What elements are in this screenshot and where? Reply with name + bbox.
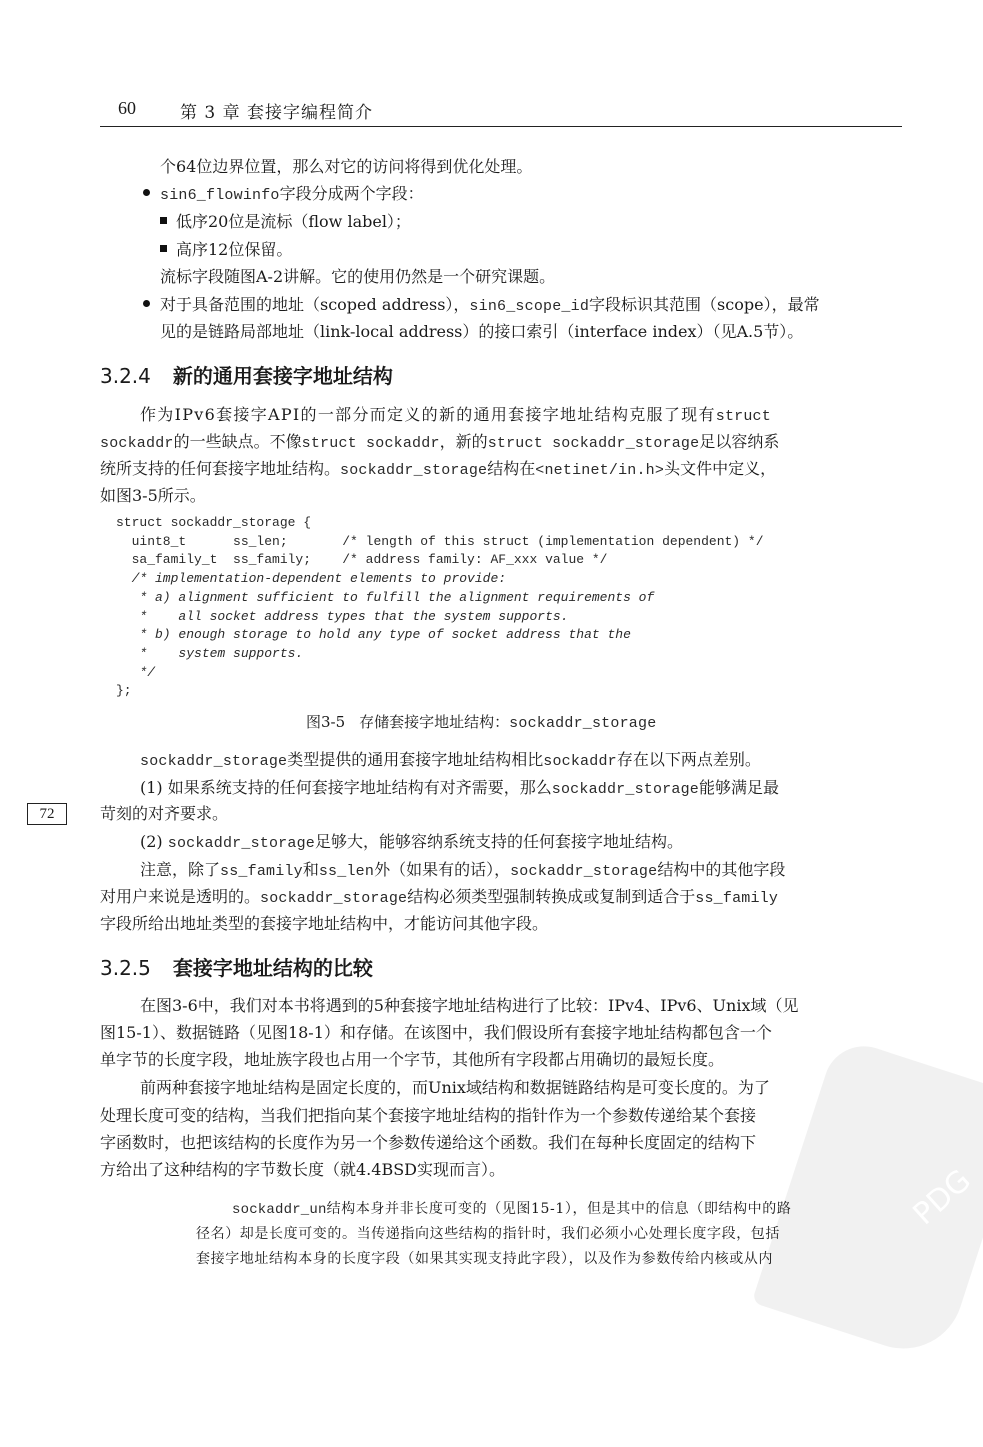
- continuation-line: 个64位边界位置，那么对它的访问将得到优化处理。: [160, 157, 532, 177]
- figure-number: 图3-5: [306, 713, 345, 731]
- text: 外（如果有的话），: [374, 860, 510, 879]
- code-line: uint8_t ss_len; /* length of this struct…: [116, 533, 764, 552]
- para-line: 方给出了这种结构的字节数长度（就4.4BSD实现而言）。: [100, 1160, 505, 1180]
- text: 头文件中定义，: [664, 459, 776, 478]
- text: 足够大，能够容纳系统支持的任何套接字地址结构。: [315, 832, 683, 851]
- point-1-line2: 苛刻的对齐要求。: [100, 804, 228, 824]
- text: 结构必须类型强制转换成或复制到适合于: [407, 887, 695, 906]
- sub-bullet-text: 低序20位是流标（flow label）；: [176, 212, 411, 231]
- code-line: };: [116, 682, 764, 701]
- code-comment-line: * system supports.: [116, 645, 764, 664]
- text: 存在以下两点差别。: [617, 750, 761, 769]
- para-line: 如图3-5所示。: [100, 486, 206, 506]
- bullet-icon: [143, 300, 150, 307]
- inline-code: sockaddr_storage: [140, 753, 287, 770]
- section-title: 新的通用套接字地址结构: [173, 364, 393, 388]
- para-line: 前两种套接字地址结构是固定长度的，而Unix域结构和数据链路结构是可变长度的。为…: [140, 1078, 770, 1098]
- code-comment-line: * a) alignment sufficient to fulfill the…: [116, 589, 764, 608]
- note-para-line: 注意，除了ss_family和ss_len外（如果有的话），sockaddr_s…: [140, 860, 785, 882]
- bullet-flowinfo: sin6_flowinfo字段分成两个字段：: [143, 184, 424, 206]
- code-listing: struct sockaddr_storage { uint8_t ss_len…: [116, 514, 764, 701]
- code-comment-line: */: [116, 664, 764, 683]
- running-header: 60 第 3 章 套接字编程简介: [100, 96, 902, 127]
- inline-code: ss_family: [220, 863, 303, 880]
- text: 作为IPv6套接字API的一部分而定义的新的通用套接字地址结构克服了现有: [140, 405, 716, 424]
- text: 能够满足最: [699, 778, 779, 797]
- bullet-scope: 对于具备范围的地址（scoped address），sin6_scope_id字…: [143, 295, 820, 317]
- bullet-text: 对于具备范围的地址（scoped address），: [160, 295, 469, 314]
- inline-code: ss_family: [695, 890, 778, 907]
- para-line: 在图3-6中，我们对本书将遇到的5种套接字地址结构进行了比较：IPv4、IPv6…: [140, 996, 799, 1016]
- inline-code: struct: [716, 408, 771, 425]
- code-comment-line: /* implementation-dependent elements to …: [116, 570, 764, 589]
- text: 对用户来说是透明的。: [100, 887, 260, 906]
- inline-code: struct sockaddr: [302, 435, 440, 452]
- code-comment-line: * b) enough storage to hold any type of …: [116, 626, 764, 645]
- code-comment-line: * all socket address types that the syst…: [116, 608, 764, 627]
- text: 足以容纳系: [699, 432, 779, 451]
- inline-code: <netinet/in.h>: [535, 462, 664, 479]
- inline-code: sockaddr_storage: [260, 890, 407, 907]
- inline-code: ss_len: [319, 863, 374, 880]
- para-line: 统所支持的任何套接字地址结构。sockaddr_storage结构在<netin…: [100, 459, 776, 481]
- note-para-line: 对用户来说是透明的。sockaddr_storage结构必须类型强制转换成或复制…: [100, 887, 778, 909]
- bullet-text: 字段标识其范围（scope），最常: [589, 295, 820, 314]
- sub-bullet-high: 高序12位保留。: [160, 240, 292, 260]
- text: 注意，除了: [140, 860, 220, 879]
- section-number: 3.2.5: [100, 956, 151, 980]
- point-1: (1) 如果系统支持的任何套接字地址结构有对齐需要，那么sockaddr_sto…: [140, 778, 779, 800]
- bullet-scope-line2: 见的是链路局部地址（link-local address）的接口索引（inter…: [160, 322, 803, 342]
- chapter-title: 第 3 章 套接字编程简介: [180, 98, 373, 123]
- para-line: sockaddr_storage类型提供的通用套接字地址结构相比sockaddr…: [140, 750, 761, 772]
- bullet-icon: [143, 189, 150, 196]
- square-bullet-icon: [160, 217, 167, 224]
- point-2: (2) sockaddr_storage足够大，能够容纳系统支持的任何套接字地址…: [140, 832, 683, 854]
- text: 结构在: [487, 459, 535, 478]
- note-line: 径名）却是长度可变的。当传递指向这些结构的指针时，我们必须小心处理长度字段，包括: [196, 1225, 780, 1243]
- sub-bullet-low: 低序20位是流标（flow label）；: [160, 212, 411, 232]
- inline-code: sockaddr_storage: [552, 781, 699, 798]
- inline-code: sockaddr: [543, 753, 617, 770]
- page-number: 60: [118, 98, 136, 119]
- inline-code: sockaddr_storage: [340, 462, 487, 479]
- inline-code: sin6_flowinfo: [160, 187, 280, 204]
- caption-text: 存储套接字地址结构：: [359, 713, 509, 731]
- text: 统所支持的任何套接字地址结构。: [100, 459, 340, 478]
- text: (1) 如果系统支持的任何套接字地址结构有对齐需要，那么: [140, 778, 552, 797]
- inline-code: sockaddr_un: [232, 1202, 327, 1218]
- code-line: sa_family_t ss_family; /* address family…: [116, 551, 764, 570]
- section-heading-3-2-4: 3.2.4新的通用套接字地址结构: [100, 360, 393, 389]
- section-heading-3-2-5: 3.2.5套接字地址结构的比较: [100, 952, 373, 981]
- text: 的一些缺点。不像: [174, 432, 302, 451]
- inline-code: sin6_scope_id: [469, 298, 589, 315]
- square-bullet-icon: [160, 245, 167, 252]
- note-line: 套接字地址结构本身的长度字段（如果其实现支持此字段），以及作为参数传给内核或从内: [196, 1250, 773, 1268]
- figure-caption: 图3-5存储套接字地址结构：sockaddr_storage: [306, 711, 656, 732]
- section-title: 套接字地址结构的比较: [173, 956, 373, 980]
- inline-code: sockaddr: [100, 435, 174, 452]
- text: (2): [140, 832, 168, 851]
- inline-code: sockaddr_storage: [510, 863, 657, 880]
- inline-code: struct sockaddr_storage: [488, 435, 700, 452]
- code-line: struct sockaddr_storage {: [116, 514, 764, 533]
- para-line: 图15-1）、数据链路（见图18-1）和存储。在该图中，我们假设所有套接字地址结…: [100, 1023, 772, 1043]
- para-line: 单字节的长度字段，地址族字段也占用一个字节，其他所有字段都占用确切的最短长度。: [100, 1050, 724, 1070]
- para-line: 作为IPv6套接字API的一部分而定义的新的通用套接字地址结构克服了现有stru…: [140, 405, 771, 427]
- note-para-line: 字段所给出地址类型的套接字地址结构中，才能访问其他字段。: [100, 914, 548, 934]
- bullet-text: 字段分成两个字段：: [280, 184, 424, 203]
- para-line: 处理长度可变的结构，当我们把指向某个套接字地址结构的指针作为一个参数传递给某个套…: [100, 1106, 756, 1126]
- text: 结构本身并非长度可变的（见图15-1），但是其中的信息（即结构中的路: [327, 1201, 792, 1217]
- margin-page-reference: 72: [27, 803, 67, 825]
- flow-note: 流标字段随图A-2讲解。它的使用仍然是一个研究课题。: [160, 267, 555, 287]
- para-line: sockaddr的一些缺点。不像struct sockaddr，新的struct…: [100, 432, 779, 454]
- inline-code: sockaddr_storage: [168, 835, 315, 852]
- sub-bullet-text: 高序12位保留。: [176, 240, 292, 259]
- inline-code: sockaddr_storage: [509, 715, 656, 732]
- text: 类型提供的通用套接字地址结构相比: [287, 750, 543, 769]
- para-line: 字函数时，也把该结构的长度作为另一个参数传递给这个函数。我们在每种长度固定的结构…: [100, 1133, 756, 1153]
- text: 结构中的其他字段: [657, 860, 785, 879]
- section-number: 3.2.4: [100, 364, 151, 388]
- text: ，新的: [440, 432, 488, 451]
- text: 和: [303, 860, 319, 879]
- note-line: sockaddr_un结构本身并非长度可变的（见图15-1），但是其中的信息（即…: [232, 1200, 791, 1219]
